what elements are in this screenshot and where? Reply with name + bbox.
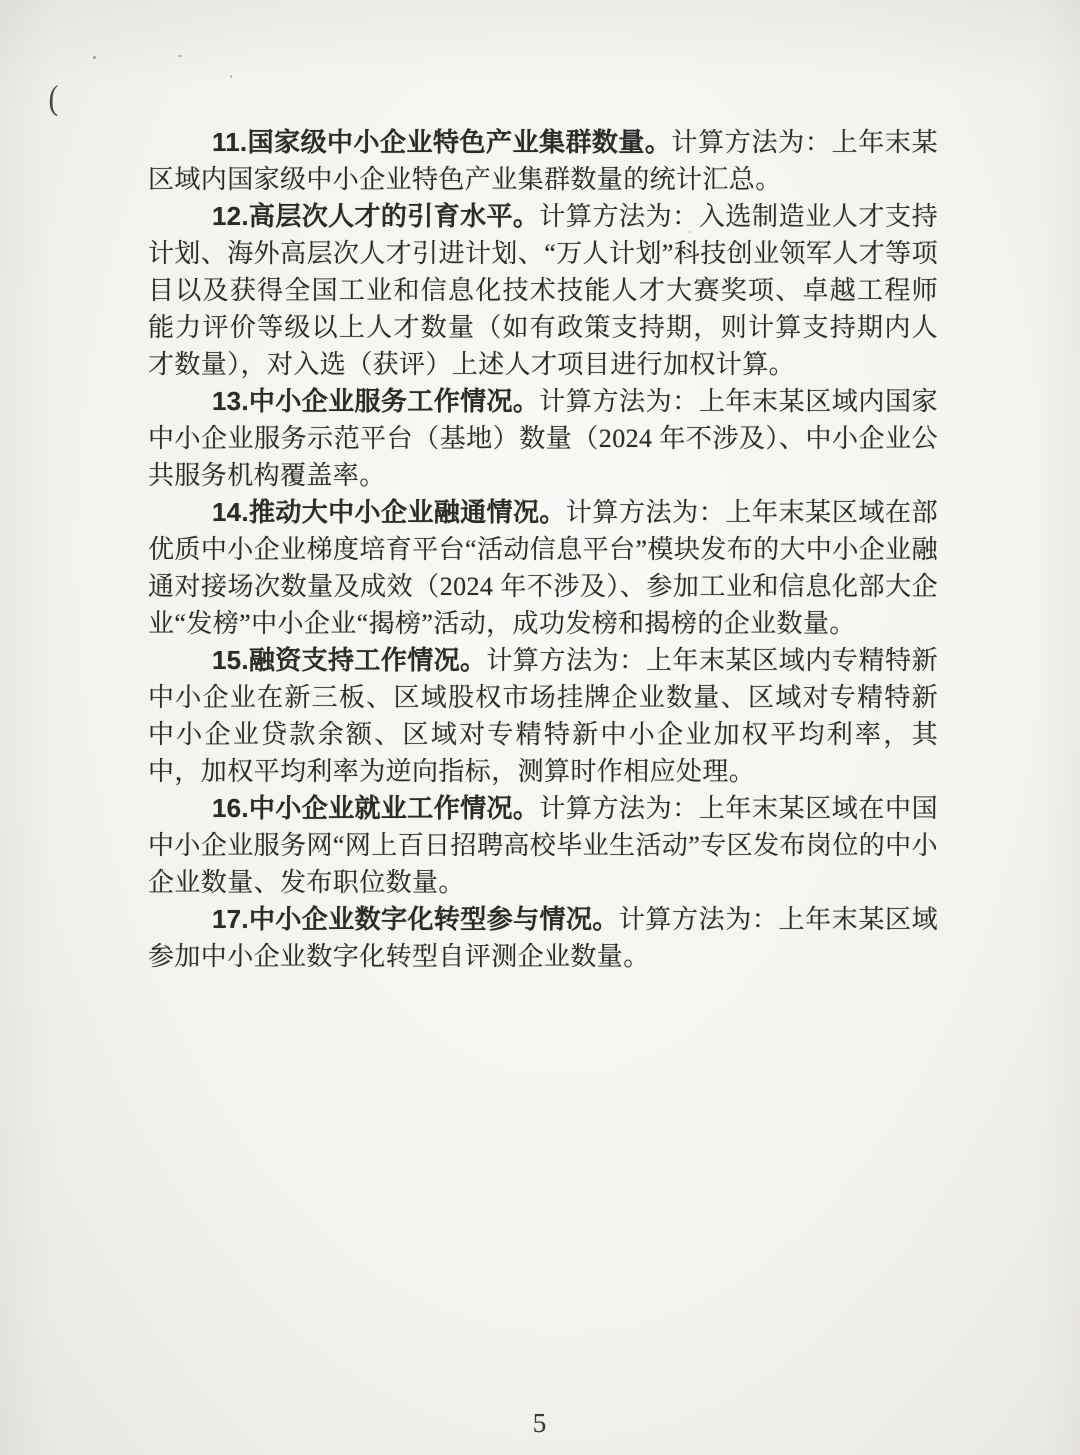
indicator-paragraph-17: 17.中小企业数字化转型参与情况。计算方法为：上年末某区域参加中小企业数字化转型… [148, 901, 938, 975]
indicator-paragraph-15: 15.融资支持工作情况。计算方法为：上年末某区域内专精特新中小企业在新三板、区域… [148, 642, 938, 790]
indicator-title-17: 17.中小企业数字化转型参与情况。 [212, 904, 619, 934]
indicator-title-11: 11.国家级中小企业特色产业集群数量。 [212, 127, 671, 157]
indicator-title-16: 16.中小企业就业工作情况。 [212, 793, 539, 823]
indicator-title-14: 14.推动大中小企业融通情况。 [212, 497, 566, 527]
handwritten-corner-mark: ( [45, 79, 60, 119]
scanned-document-page: ( 11.国家级中小企业特色产业集群数量。计算方法为：上年末某区域内国家级中小企… [0, 0, 1080, 1455]
indicator-paragraph-12: 12.高层次人才的引育水平。计算方法为：入选制造业人才支持计划、海外高层次人才引… [148, 198, 938, 383]
indicator-paragraph-13: 13.中小企业服务工作情况。计算方法为：上年末某区域内国家中小企业服务示范平台（… [148, 383, 938, 494]
document-text-block: 11.国家级中小企业特色产业集群数量。计算方法为：上年末某区域内国家级中小企业特… [148, 124, 938, 975]
scan-speck [92, 55, 96, 59]
indicator-title-12: 12.高层次人才的引育水平。 [212, 201, 539, 231]
indicator-paragraph-16: 16.中小企业就业工作情况。计算方法为：上年末某区域在中国中小企业服务网“网上百… [148, 790, 938, 901]
scan-speck [230, 75, 232, 78]
indicator-paragraph-11: 11.国家级中小企业特色产业集群数量。计算方法为：上年末某区域内国家级中小企业特… [148, 124, 938, 198]
indicator-title-13: 13.中小企业服务工作情况。 [212, 386, 539, 416]
page-number: 5 [0, 1408, 1080, 1439]
scan-speck [178, 55, 182, 57]
indicator-title-15: 15.融资支持工作情况。 [212, 645, 486, 675]
indicator-paragraph-14: 14.推动大中小企业融通情况。计算方法为：上年末某区域在部优质中小企业梯度培育平… [148, 494, 938, 642]
